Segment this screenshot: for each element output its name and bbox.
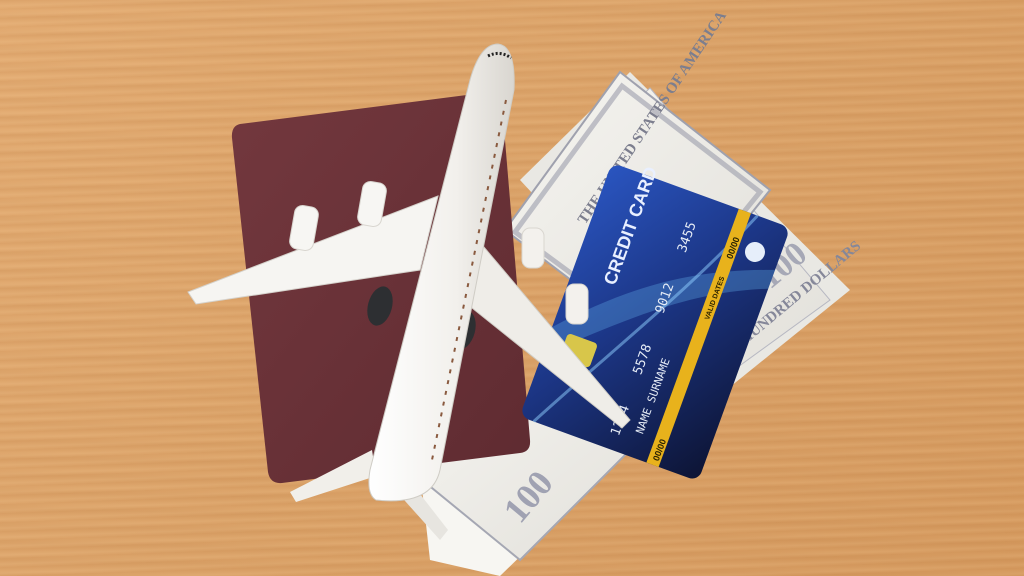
airplane-engine-3 bbox=[522, 228, 544, 268]
still-life-illustration: THE UNITED STATES OF AMERICA HUNDRED DOL… bbox=[0, 0, 1024, 576]
photo-scene: THE UNITED STATES OF AMERICA HUNDRED DOL… bbox=[0, 0, 1024, 576]
airplane-engine-4 bbox=[566, 284, 588, 324]
